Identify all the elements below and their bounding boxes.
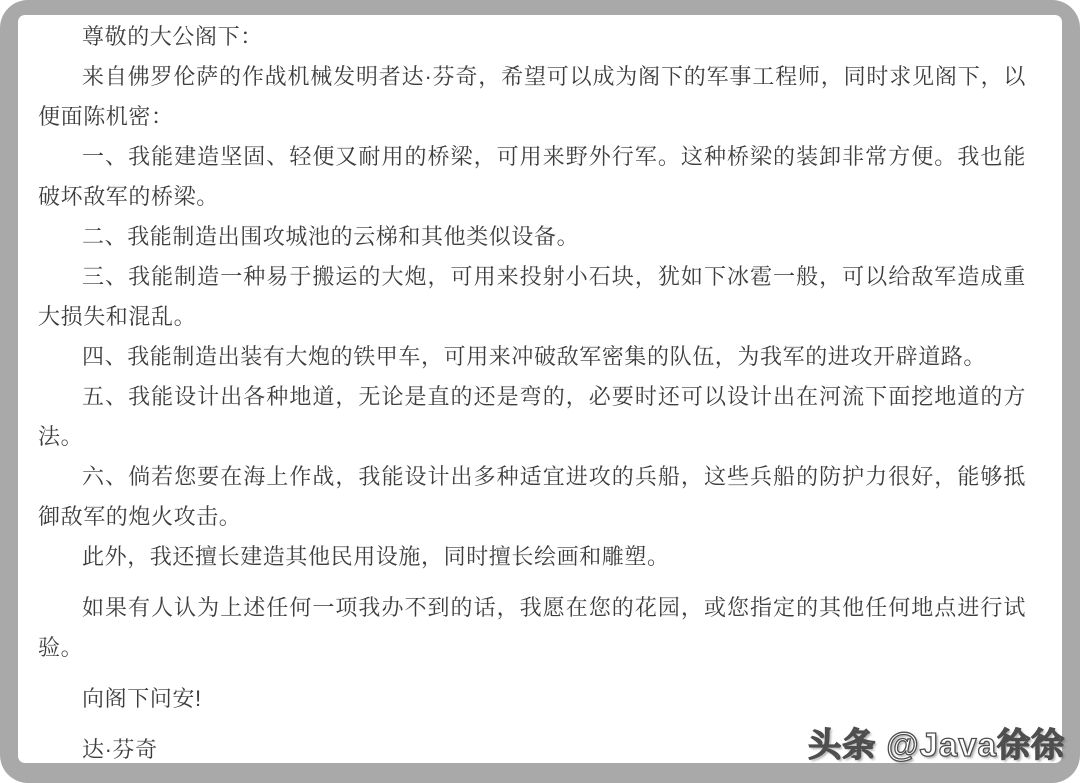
letter-paragraph: 六、倘若您要在海上作战，我能设计出多种适宜进攻的兵船，这些兵船的防护力很好，能够… — [38, 457, 1026, 537]
letter-page: 尊敬的大公阁下：来自佛罗伦萨的作战机械发明者达·芬奇，希望可以成为阁下的军事工程… — [18, 15, 1062, 763]
letter-paragraph: 一、我能建造坚固、轻便又耐用的桥梁，可用来野外行军。这种桥梁的装卸非常方便。我也… — [38, 137, 1026, 217]
letter-paragraph: 四、我能制造出装有大炮的铁甲车，可用来冲破敌军密集的队伍，为我军的进攻开辟道路。 — [38, 337, 1026, 377]
letter-paragraph: 向阁下问安! — [38, 679, 1026, 719]
letter-paragraph: 三、我能制造一种易于搬运的大炮，可用来投射小石块，犹如下冰雹一般，可以给敌军造成… — [38, 257, 1026, 337]
toutiao-watermark: 头条 @Java徐徐 — [808, 719, 1065, 766]
document-frame: 尊敬的大公阁下：来自佛罗伦萨的作战机械发明者达·芬奇，希望可以成为阁下的军事工程… — [0, 0, 1080, 783]
letter-paragraph: 尊敬的大公阁下： — [38, 17, 1026, 57]
letter-body: 尊敬的大公阁下：来自佛罗伦萨的作战机械发明者达·芬奇，希望可以成为阁下的军事工程… — [38, 17, 1026, 763]
letter-paragraph: 五、我能设计出各种地道，无论是直的还是弯的，必要时还可以设计出在河流下面挖地道的… — [38, 377, 1026, 457]
letter-paragraph: 来自佛罗伦萨的作战机械发明者达·芬奇，希望可以成为阁下的军事工程师，同时求见阁下… — [38, 57, 1026, 137]
letter-paragraph: 二、我能制造出围攻城池的云梯和其他类似设备。 — [38, 217, 1026, 257]
letter-paragraph: 如果有人认为上述任何一项我办不到的话，我愿在您的花园，或您指定的其他任何地点进行… — [38, 588, 1026, 668]
letter-paragraph: 此外，我还擅长建造其他民用设施，同时擅长绘画和雕塑。 — [38, 537, 1026, 577]
